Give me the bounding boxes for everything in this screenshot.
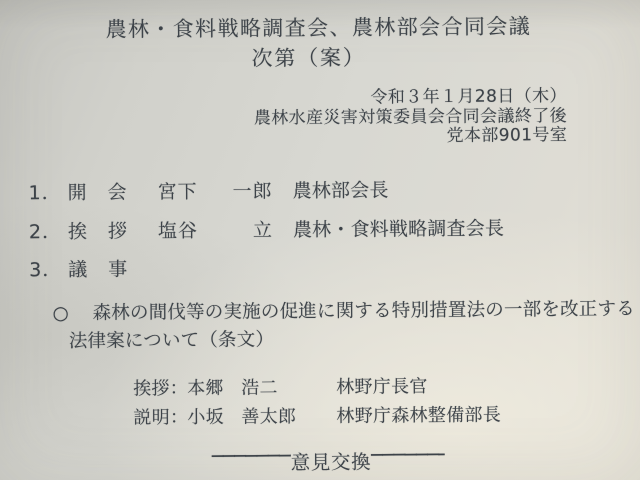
divider-dash-right: ─────────── bbox=[371, 443, 445, 468]
bill-topic-line1: ○ 森林の間伐等の実施の促進に関する特別措置法の一部を改正する bbox=[0, 297, 640, 302]
person-role: 農林・食料戦略調査会長 bbox=[293, 218, 504, 243]
document-title: 農林・食料戦略調査会、農林部会合同会議 bbox=[0, 12, 638, 43]
item-topic: 議 事 bbox=[68, 259, 128, 283]
speaker-given-name: 善太郎 bbox=[241, 406, 296, 429]
speaker-family-name: 小坂 bbox=[187, 407, 224, 430]
speaker-row-greeting: 挨拶： 本郷 浩二 林野庁長官 bbox=[1, 374, 640, 403]
person-given-name: 立 bbox=[229, 219, 273, 243]
paper-page: 農林・食料戦略調査会、農林部会合同会議 次第（案） 令和３年１月28日（木） 農… bbox=[0, 0, 640, 480]
agenda-item-proceedings: 3． 議 事 bbox=[0, 254, 640, 285]
person-family-name: 宮下 bbox=[158, 181, 198, 205]
speaker-role: 林野庁長官 bbox=[336, 376, 428, 399]
speaker-family-name: 本郷 bbox=[187, 378, 224, 401]
item-number: 2． bbox=[29, 221, 62, 245]
meeting-meta: 令和３年１月28日（木） 農林水産災害対策委員会合同会議終了後 党本部901号室 bbox=[254, 87, 568, 148]
person-role: 農林部会長 bbox=[293, 179, 389, 204]
person-family-name: 塩谷 bbox=[158, 220, 198, 244]
divider-dash-left: ─────────── bbox=[212, 444, 291, 469]
speaker-label: 挨拶： bbox=[133, 378, 188, 401]
circle-bullet-marker: ○ bbox=[52, 302, 69, 325]
speaker-given-name: 浩二 bbox=[241, 377, 278, 400]
speaker-row-explanation: 説明： 小坂 善太郎 林野庁森林整備部長 bbox=[1, 403, 640, 432]
person-given-name: 一郎 bbox=[229, 180, 273, 204]
document-photo: 農林・食料戦略調査会、農林部会合同会議 次第（案） 令和３年１月28日（木） 農… bbox=[0, 0, 640, 480]
item-topic: 挨 拶 bbox=[68, 221, 128, 245]
meeting-room: 党本部901号室 bbox=[254, 126, 567, 148]
divider-label: 意見交換 bbox=[291, 451, 372, 476]
item-number: 3． bbox=[29, 259, 62, 283]
item-topic: 開 会 bbox=[68, 182, 128, 206]
speaker-label: 説明： bbox=[133, 407, 188, 430]
agenda-item-opening: 1． 開 会 宮下 一郎 農林部会長 bbox=[0, 177, 640, 208]
agenda-item-greeting: 2． 挨 拶 塩谷 立 農林・食料戦略調査会長 bbox=[0, 216, 640, 247]
bill-title-text: 森林の間伐等の実施の促進に関する特別措置法の一部を改正する bbox=[92, 298, 634, 325]
document-subtitle: 次第（案） bbox=[0, 43, 619, 74]
item-number: 1． bbox=[29, 182, 62, 206]
opinion-exchange-divider: ───────────意見交換─────────── bbox=[212, 443, 446, 477]
bill-topic-line2: 法律案について（条文） bbox=[69, 328, 275, 353]
speaker-role: 林野庁森林整備部長 bbox=[336, 405, 501, 429]
